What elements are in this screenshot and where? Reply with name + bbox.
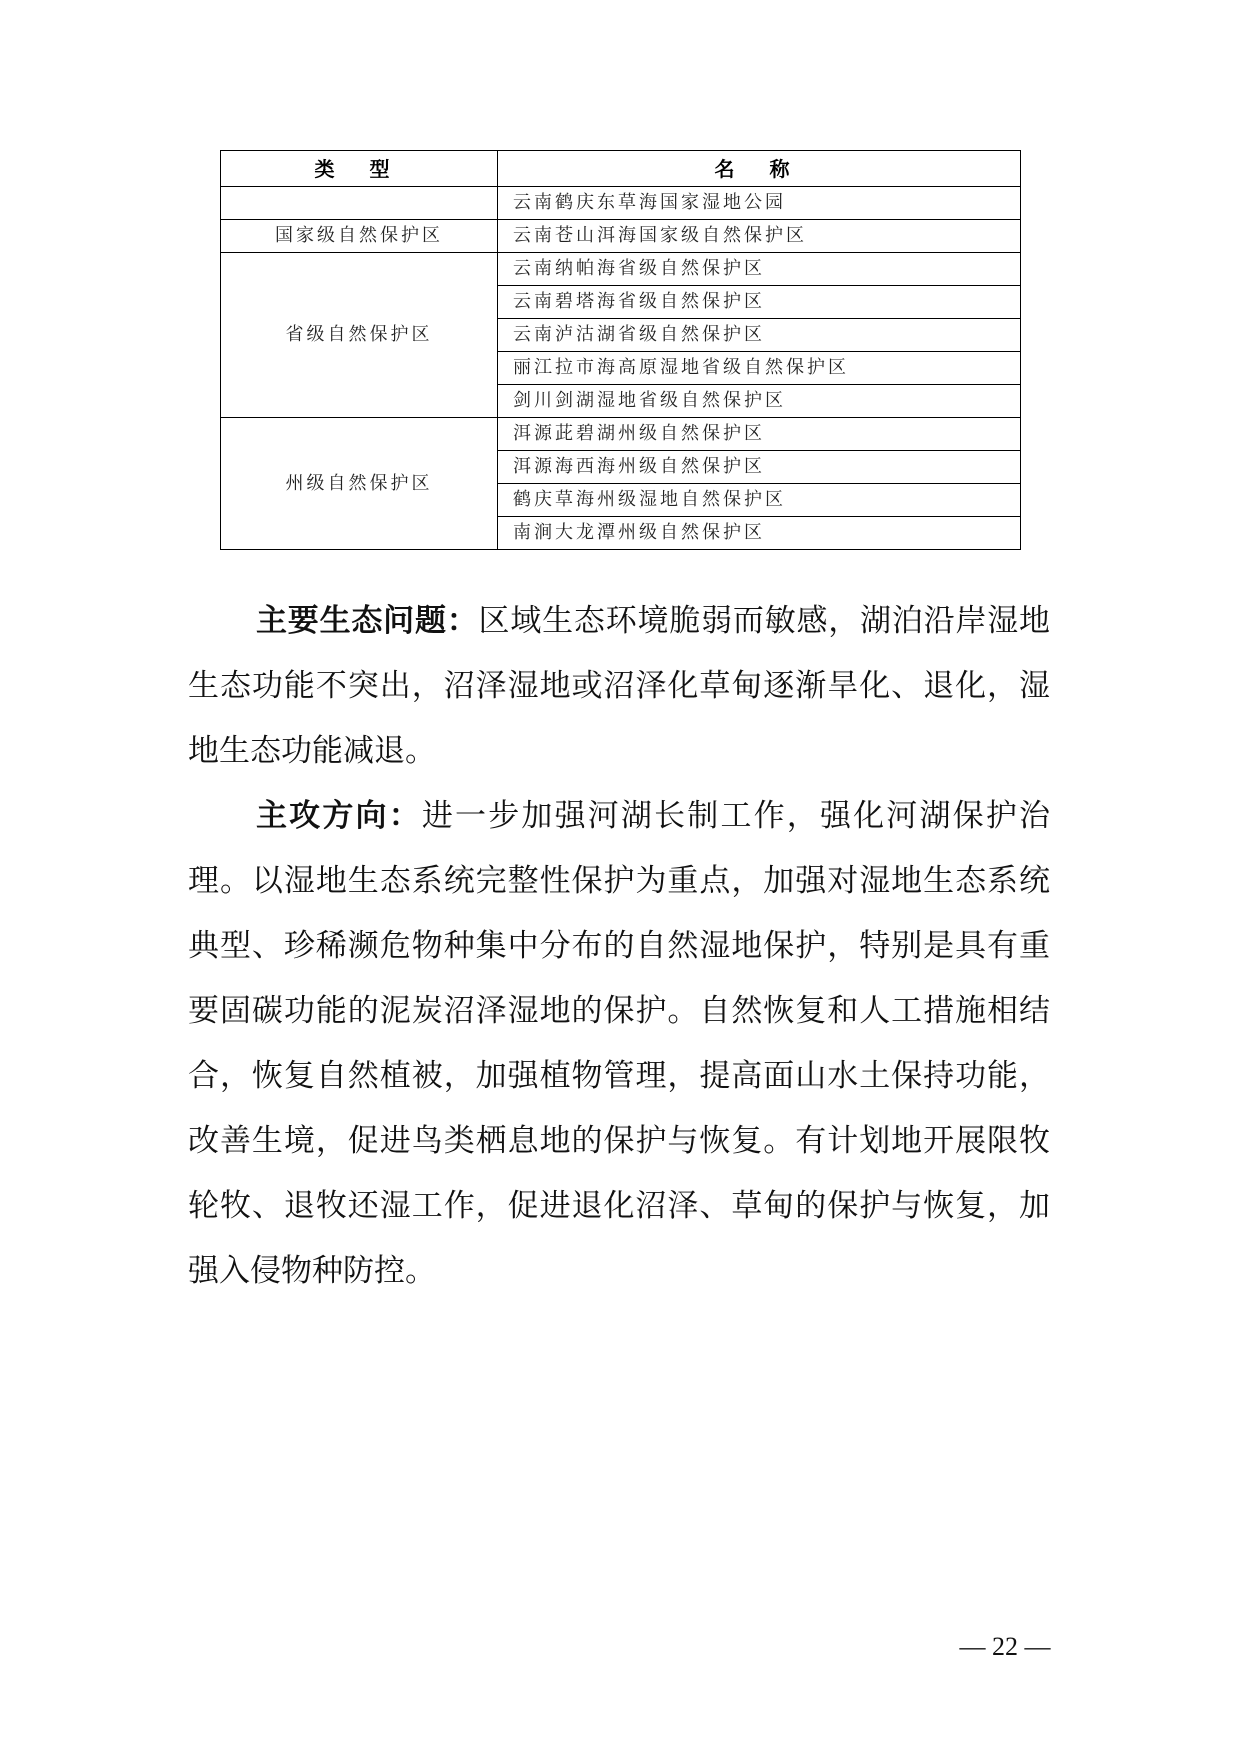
table-row: 国家级自然保护区 云南苍山洱海国家级自然保护区 <box>221 220 1021 253</box>
paragraph-text: 进一步加强河湖长制工作，强化河湖保护治理。以湿地生态系统完整性保护为重点，加强对… <box>188 798 1050 1289</box>
name-cell: 洱源茈碧湖州级自然保护区 <box>498 418 1021 451</box>
document-page: 类 型 名 称 云南鹤庆东草海国家湿地公园 国家级自然保护区 云南苍山洱海国家级… <box>0 0 1240 1754</box>
table-header-row: 类 型 名 称 <box>221 151 1021 187</box>
paragraph-ecological-problems: 主要生态问题：区域生态环境脆弱而敏感，湖泊沿岸湿地生态功能不突出，沼泽湿地或沼泽… <box>188 589 1050 784</box>
page-number: — 22 — <box>955 1632 1055 1662</box>
type-cell <box>221 187 498 220</box>
name-cell: 云南碧塔海省级自然保护区 <box>498 286 1021 319</box>
name-cell: 剑川剑湖湿地省级自然保护区 <box>498 385 1021 418</box>
type-cell-provincial: 省级自然保护区 <box>221 253 498 418</box>
column-header-name: 名 称 <box>498 151 1021 187</box>
table-row: 云南鹤庆东草海国家湿地公园 <box>221 187 1021 220</box>
name-cell: 丽江拉市海高原湿地省级自然保护区 <box>498 352 1021 385</box>
name-cell: 南涧大龙潭州级自然保护区 <box>498 517 1021 550</box>
paragraph-lead: 主攻方向： <box>256 798 422 834</box>
body-text: 主要生态问题：区域生态环境脆弱而敏感，湖泊沿岸湿地生态功能不突出，沼泽湿地或沼泽… <box>188 589 1050 1304</box>
name-cell: 云南鹤庆东草海国家湿地公园 <box>498 187 1021 220</box>
protected-areas-table: 类 型 名 称 云南鹤庆东草海国家湿地公园 国家级自然保护区 云南苍山洱海国家级… <box>220 150 1021 550</box>
table-row: 省级自然保护区 云南纳帕海省级自然保护区 <box>221 253 1021 286</box>
name-cell: 云南纳帕海省级自然保护区 <box>498 253 1021 286</box>
name-cell: 洱源海西海州级自然保护区 <box>498 451 1021 484</box>
name-cell: 鹤庆草海州级湿地自然保护区 <box>498 484 1021 517</box>
paragraph-lead: 主要生态问题： <box>256 603 479 639</box>
name-cell: 云南泸沽湖省级自然保护区 <box>498 319 1021 352</box>
table-row: 州级自然保护区 洱源茈碧湖州级自然保护区 <box>221 418 1021 451</box>
type-cell: 国家级自然保护区 <box>221 220 498 253</box>
column-header-type: 类 型 <box>221 151 498 187</box>
type-cell-prefectural: 州级自然保护区 <box>221 418 498 550</box>
paragraph-main-direction: 主攻方向：进一步加强河湖长制工作，强化河湖保护治理。以湿地生态系统完整性保护为重… <box>188 784 1050 1304</box>
name-cell: 云南苍山洱海国家级自然保护区 <box>498 220 1021 253</box>
